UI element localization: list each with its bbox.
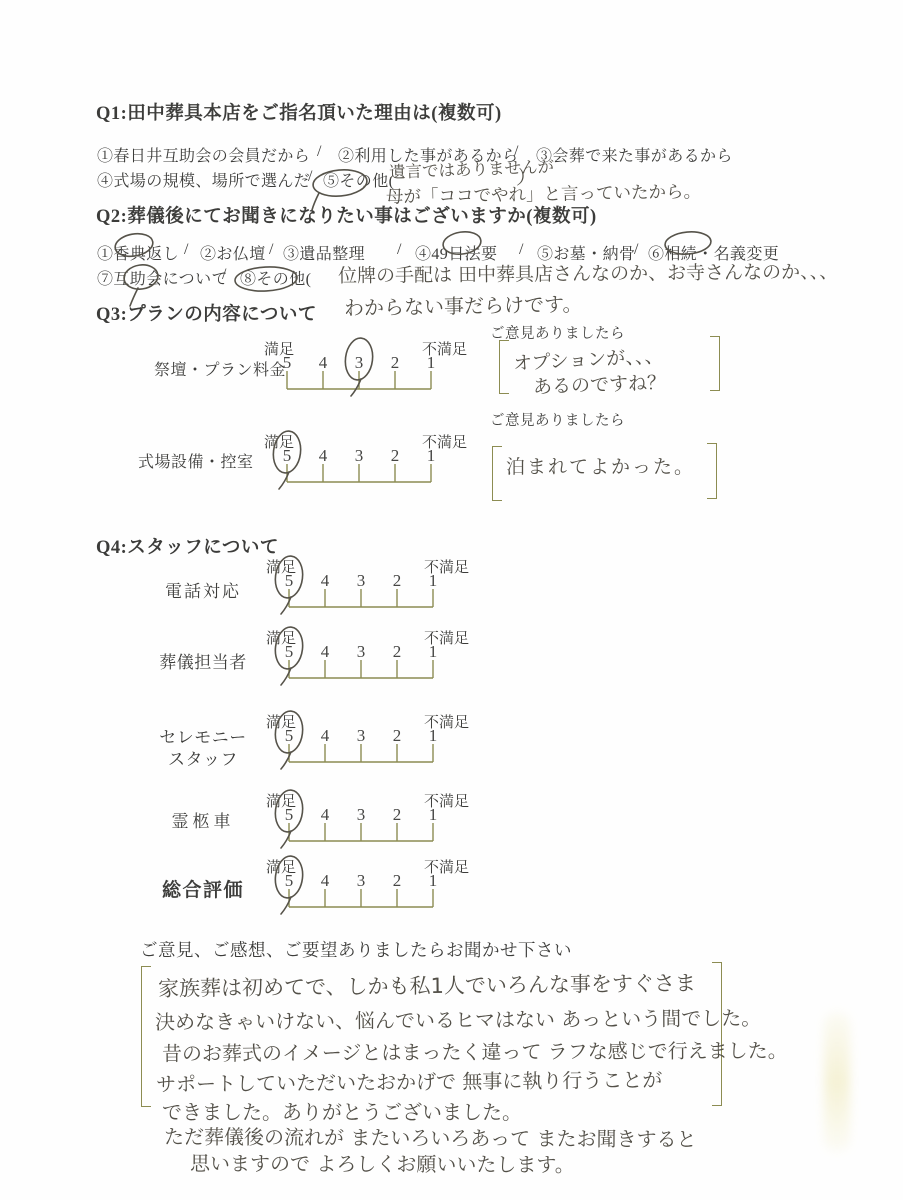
comment-bracket-left — [492, 446, 502, 501]
scale-number-4: 4 — [312, 353, 334, 373]
scale-number-2: 2 — [386, 571, 408, 591]
q2-separator: / — [397, 241, 402, 259]
q3-comment-label-2: ご意見ありましたら — [490, 409, 625, 430]
scale-number-2: 2 — [386, 805, 408, 825]
handwritten-selection-circle — [264, 424, 310, 494]
handwritten-selection-circle — [266, 783, 312, 853]
rating-scale-saidan: 満足不満足54321 — [264, 338, 489, 400]
scan-smudge — [824, 1012, 850, 1152]
q2-separator: / — [634, 241, 639, 259]
q4-heading: Q4:スタッフについて — [96, 533, 279, 559]
q3-row-label-shikijo: 式場設備・控室 — [138, 449, 254, 472]
scale-number-2: 2 — [386, 642, 408, 662]
scale-number-2: 2 — [384, 446, 406, 466]
rating-scale-reikyusha: 満足不満足54321 — [266, 790, 491, 852]
q2-circle-49nichi — [440, 229, 486, 259]
scale-number-4: 4 — [312, 446, 334, 466]
handwritten-selection-circle — [266, 549, 312, 619]
q2-handwritten-answer-line2: わからない事だらけです。 — [344, 288, 583, 321]
handwritten-selection-circle — [266, 620, 312, 690]
rating-scale-sogohyoka: 満足不満足54321 — [266, 856, 491, 918]
free-comment-bracket-left — [141, 966, 151, 1107]
q3-heading: Q3:プランの内容について — [96, 300, 317, 326]
scale-number-1: 1 — [422, 805, 444, 825]
free-comment-line-7: 思いますので よろしくお願いいたします。 — [190, 1147, 575, 1177]
q2-circle-kodengaeshi — [112, 231, 158, 261]
q2-handwritten-answer-line1: 位牌の手配は 田中葬具店さんなのか、お寺さんなのか、、、 — [338, 257, 838, 288]
scale-number-3: 3 — [348, 446, 370, 466]
q4-row-label-sogohyoka: 総合評価 — [140, 875, 266, 902]
q2-separator: / — [519, 241, 524, 259]
rating-scale-ceremony-staff: 満足不満足54321 — [266, 711, 491, 773]
handwritten-selection-circle — [266, 849, 312, 919]
scale-number-1: 1 — [422, 871, 444, 891]
q1-heading: Q1:田中葬具本店をご指名頂いた理由は(複数可) — [96, 99, 502, 125]
q4-row-label-reikyusha: 霊柩車 — [140, 807, 266, 832]
scale-number-3: 3 — [350, 642, 372, 662]
q2-circle-sozoku — [662, 229, 714, 259]
rating-scale-tantosha: 満足不満足54321 — [266, 627, 491, 689]
q3-handwritten-comment-1b: あるのですね？ — [533, 368, 667, 400]
scale-number-5: 5 — [276, 353, 298, 373]
q2-separator: / — [184, 241, 189, 259]
scale-number-4: 4 — [314, 571, 336, 591]
q1-separator: / — [317, 143, 322, 161]
free-comment-line-4: サポートしていただいたおかげで 無事に執り行うことが — [156, 1064, 663, 1097]
comment-bracket-left — [499, 340, 509, 394]
scale-number-1: 1 — [422, 726, 444, 746]
handwritten-selection-circle — [336, 331, 382, 401]
q1-option-1: ①春日井互助会の会員だから — [97, 143, 310, 166]
scale-number-4: 4 — [314, 726, 336, 746]
scale-number-1: 1 — [422, 571, 444, 591]
q1-option-3: ③会葬で来た事があるから — [536, 143, 733, 166]
scale-number-1: 1 — [422, 642, 444, 662]
q2-circle-sonota — [232, 264, 302, 296]
comment-bracket-right — [710, 336, 720, 391]
scale-number-4: 4 — [314, 871, 336, 891]
free-comment-heading: ご意見、ご感想、ご要望ありましたらお聞かせ下さい — [140, 937, 572, 962]
q4-row-label-denwa: 電話対応 — [140, 577, 266, 602]
scale-number-2: 2 — [384, 353, 406, 373]
scale-number-3: 3 — [350, 871, 372, 891]
free-comment-line-1: 家族葬は初めてで、しかも私1人でいろんな事をすぐさま — [158, 967, 696, 1003]
free-comment-line-3: 昔のお葬式のイメージとはまったく違って ラフな感じで行えました。 — [162, 1034, 788, 1066]
q3-comment-label-1: ご意見ありましたら — [490, 322, 625, 343]
rating-scale-denwa: 満足不満足54321 — [266, 556, 491, 618]
q2-option-2: ②お仏壇 — [200, 241, 266, 264]
scale-number-3: 3 — [350, 726, 372, 746]
scale-number-4: 4 — [314, 642, 336, 662]
comment-bracket-right — [707, 443, 717, 499]
rating-scale-shikijo: 満足不満足54321 — [264, 431, 489, 493]
q1-option-4: ④式場の規模、場所で選んだ — [97, 168, 310, 191]
q2-heading: Q2:葬儀後にてお聞きになりたい事はございますか(複数可) — [96, 202, 597, 228]
scale-number-4: 4 — [314, 805, 336, 825]
scale-number-2: 2 — [386, 726, 408, 746]
q4-row-label-staff: スタッフ — [140, 745, 266, 770]
scale-number-3: 3 — [350, 805, 372, 825]
q3-handwritten-comment-2: 泊まれてよかった。 — [506, 452, 695, 479]
q2-separator: / — [222, 266, 227, 284]
free-comment-line-2: 決めなきゃいけない、悩んでいるヒマはない あっという間でした。 — [155, 1002, 761, 1035]
scanned-survey-page: Q1:田中葬具本店をご指名頂いた理由は(複数可) ①春日井互助会の会員だから /… — [0, 0, 903, 1200]
scale-number-3: 3 — [350, 571, 372, 591]
q2-separator: / — [269, 241, 274, 259]
scale-number-1: 1 — [420, 353, 442, 373]
handwritten-selection-circle — [266, 704, 312, 774]
q4-row-label-tantosha: 葬儀担当者 — [140, 648, 266, 673]
scale-number-1: 1 — [420, 446, 442, 466]
scale-number-2: 2 — [386, 871, 408, 891]
